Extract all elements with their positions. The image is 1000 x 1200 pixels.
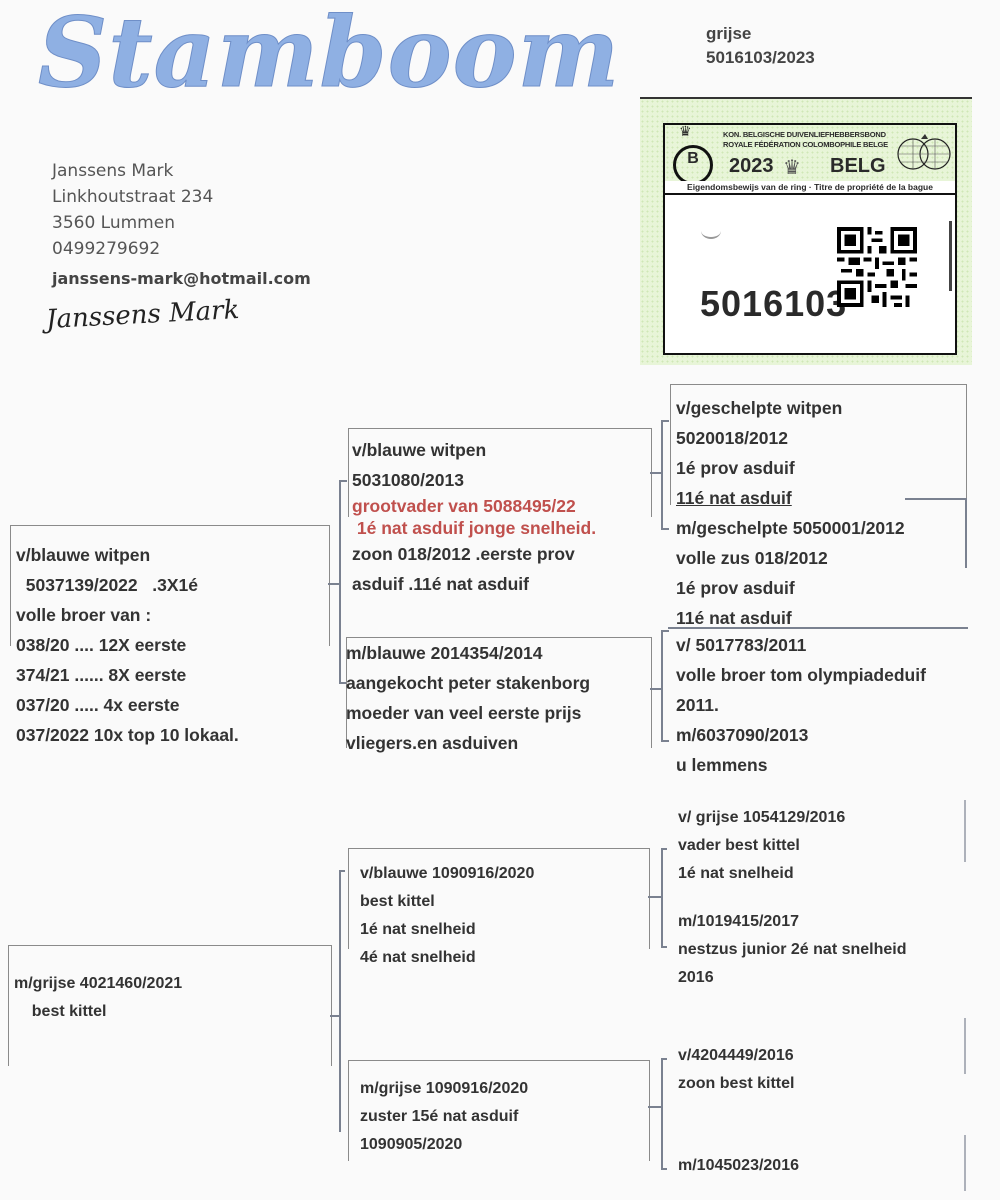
bracket bbox=[965, 498, 967, 568]
owner-name: Janssens Mark bbox=[52, 158, 311, 184]
sd-sire-line: volle broer tom olympiadeduif bbox=[676, 660, 926, 690]
sire-sire-line: 5031080/2013 bbox=[352, 465, 596, 495]
kbdb-logo-icon: B bbox=[673, 145, 713, 185]
sire-sire-line: asduif .11é nat asduif bbox=[352, 569, 596, 599]
dam-dam-line: m/grijse 1090916/2020 bbox=[360, 1075, 528, 1103]
sd-dam-line: m/6037090/2013 bbox=[676, 720, 808, 750]
sire-sire-line: zoon 018/2012 .eerste prov bbox=[352, 539, 596, 569]
connector bbox=[661, 946, 667, 948]
connector bbox=[648, 1106, 662, 1108]
pigeon-color: grijse bbox=[706, 22, 815, 46]
ring-ownership-card: ♛ B KON. BELGISCHE DUIVENLIEFHEBBERSBOND… bbox=[640, 97, 972, 365]
connector bbox=[661, 528, 669, 530]
sd-dam-line: u lemmens bbox=[676, 750, 808, 780]
ring-number: 5016103 bbox=[700, 283, 847, 325]
connector bbox=[661, 630, 669, 632]
owner-city: 3560 Lummen bbox=[52, 210, 311, 236]
card-edge-line bbox=[949, 221, 952, 291]
org-line-1: KON. BELGISCHE DUIVENLIEFHEBBERSBOND bbox=[723, 130, 886, 139]
sire-sire-highlight: grootvader van 5088495/22 bbox=[352, 495, 596, 517]
bracket bbox=[964, 1018, 966, 1074]
owner-signature: Janssens Mark bbox=[45, 295, 240, 335]
pedigree-dam: m/grijse 4021460/2021 best kittel bbox=[14, 970, 182, 1026]
owner-phone: 0499279692 bbox=[52, 236, 311, 262]
dam-dam-line: zuster 15é nat asduif bbox=[360, 1103, 528, 1131]
ds-dam-line: nestzus junior 2é nat snelheid bbox=[678, 936, 907, 964]
document-title: Stamboom bbox=[38, 0, 620, 109]
ds-sire-line: vader best kittel bbox=[678, 832, 845, 860]
connector bbox=[661, 1058, 667, 1060]
owner-street: Linkhoutstraat 234 bbox=[52, 184, 311, 210]
qr-code-icon[interactable] bbox=[837, 227, 917, 307]
dam-line: m/grijse 4021460/2021 bbox=[14, 970, 182, 998]
connector bbox=[661, 740, 669, 742]
sire-line: 5037139/2022 .3X1é bbox=[16, 570, 239, 600]
dd-dam-line: m/1045023/2016 bbox=[678, 1152, 799, 1180]
sd-sire-line: 2011. bbox=[676, 690, 926, 720]
pedigree-dam-sire: v/blauwe 1090916/2020 best kittel 1é nat… bbox=[360, 860, 534, 972]
connector bbox=[339, 870, 341, 1132]
ds-sire-line: 1é nat snelheid bbox=[678, 860, 845, 888]
ring-year: 2023 bbox=[729, 155, 774, 178]
sire-dam-line: vliegers.en asduiven bbox=[346, 728, 590, 758]
crown-icon: ♛ bbox=[783, 155, 801, 180]
sire-line: volle broer van : bbox=[16, 600, 239, 630]
owner-block: Janssens Mark Linkhoutstraat 234 3560 Lu… bbox=[52, 158, 311, 292]
ss-dam-line: volle zus 018/2012 bbox=[676, 543, 905, 573]
bracket bbox=[905, 498, 967, 500]
ds-sire-line: v/ grijse 1054129/2016 bbox=[678, 804, 845, 832]
dam-line: best kittel bbox=[14, 998, 182, 1026]
bracket bbox=[964, 1135, 966, 1191]
connector bbox=[648, 896, 662, 898]
sire-line: 037/20 ..... 4x eerste bbox=[16, 690, 239, 720]
sire-line: v/blauwe witpen bbox=[16, 540, 239, 570]
connector bbox=[661, 848, 663, 948]
ds-dam-line: 2016 bbox=[678, 964, 907, 992]
owner-email[interactable]: janssens-mark@hotmail.com bbox=[52, 266, 311, 292]
connector bbox=[339, 870, 345, 872]
ss-sire-line: 5020018/2012 bbox=[676, 423, 842, 453]
pedigree-dd-dam: m/1045023/2016 bbox=[678, 1152, 799, 1180]
sire-line: 374/21 ...... 8X eerste bbox=[16, 660, 239, 690]
ring-card-inner: ♛ B KON. BELGISCHE DUIVENLIEFHEBBERSBOND… bbox=[663, 123, 957, 355]
pedigree-dam-dam: m/grijse 1090916/2020 zuster 15é nat asd… bbox=[360, 1075, 528, 1159]
dd-sire-line: v/4204449/2016 bbox=[678, 1042, 794, 1070]
connector bbox=[661, 1058, 663, 1170]
ss-sire-line: 11é nat asduif bbox=[676, 483, 842, 513]
org-line-2: ROYALE FÉDÉRATION COLOMBOPHILE BELGE bbox=[723, 140, 888, 149]
ring-country: BELG bbox=[830, 155, 886, 178]
punch-hole bbox=[701, 223, 721, 239]
ss-dam-line: m/geschelpte 5050001/2012 bbox=[676, 513, 905, 543]
ss-sire-line: v/geschelpte witpen bbox=[676, 393, 842, 423]
pedigree-ss-dam: m/geschelpte 5050001/2012 volle zus 018/… bbox=[676, 513, 905, 633]
connector bbox=[339, 480, 347, 482]
pigeon-ring: 5016103/2023 bbox=[706, 46, 815, 70]
pedigree-dd-sire: v/4204449/2016 zoon best kittel bbox=[678, 1042, 794, 1098]
pedigree-ss-sire: v/geschelpte witpen 5020018/2012 1é prov… bbox=[676, 393, 842, 513]
divider-line bbox=[668, 627, 968, 629]
sire-sire-highlight: 1é nat asduif jonge snelheid. bbox=[352, 517, 596, 539]
dd-sire-line: zoon best kittel bbox=[678, 1070, 794, 1098]
dam-sire-line: best kittel bbox=[360, 888, 534, 916]
sire-dam-line: m/blauwe 2014354/2014 bbox=[346, 638, 590, 668]
ss-dam-line: 1é prov asduif bbox=[676, 573, 905, 603]
connector bbox=[661, 420, 669, 422]
pedigree-sire: v/blauwe witpen 5037139/2022 .3X1é volle… bbox=[16, 540, 239, 750]
pedigree-ds-sire: v/ grijse 1054129/2016 vader best kittel… bbox=[678, 804, 845, 888]
connector bbox=[661, 630, 663, 742]
sire-dam-line: moeder van veel eerste prijs bbox=[346, 698, 590, 728]
connector bbox=[339, 480, 341, 684]
dam-sire-line: 1é nat snelheid bbox=[360, 916, 534, 944]
connector bbox=[661, 1168, 667, 1170]
crown-icon: ♛ bbox=[679, 123, 692, 140]
sd-sire-line: v/ 5017783/2011 bbox=[676, 630, 926, 660]
ds-dam-line: m/1019415/2017 bbox=[678, 908, 907, 936]
pedigree-sd-dam: m/6037090/2013 u lemmens bbox=[676, 720, 808, 780]
pedigree-sd-sire: v/ 5017783/2011 volle broer tom olympiad… bbox=[676, 630, 926, 720]
connector bbox=[661, 420, 663, 530]
dam-dam-line: 1090905/2020 bbox=[360, 1131, 528, 1159]
sire-line: 038/20 .... 12X eerste bbox=[16, 630, 239, 660]
sire-dam-line: aangekocht peter stakenborg bbox=[346, 668, 590, 698]
ring-card-caption: Eigendomsbewijs van de ring · Titre de p… bbox=[665, 181, 955, 195]
connector bbox=[661, 848, 667, 850]
sire-sire-line: v/blauwe witpen bbox=[352, 435, 596, 465]
pedigree-sire-sire: v/blauwe witpen 5031080/2013 grootvader … bbox=[352, 435, 596, 599]
pedigree-sire-dam: m/blauwe 2014354/2014 aangekocht peter s… bbox=[346, 638, 590, 758]
sire-line: 037/2022 10x top 10 lokaal. bbox=[16, 720, 239, 750]
dam-sire-line: 4é nat snelheid bbox=[360, 944, 534, 972]
dam-sire-line: v/blauwe 1090916/2020 bbox=[360, 860, 534, 888]
bracket bbox=[964, 800, 966, 862]
fci-globe-logo-icon bbox=[897, 133, 951, 171]
pedigree-ds-dam: m/1019415/2017 nestzus junior 2é nat sne… bbox=[678, 908, 907, 992]
pigeon-header: grijse 5016103/2023 bbox=[706, 22, 815, 70]
ss-sire-line: 1é prov asduif bbox=[676, 453, 842, 483]
